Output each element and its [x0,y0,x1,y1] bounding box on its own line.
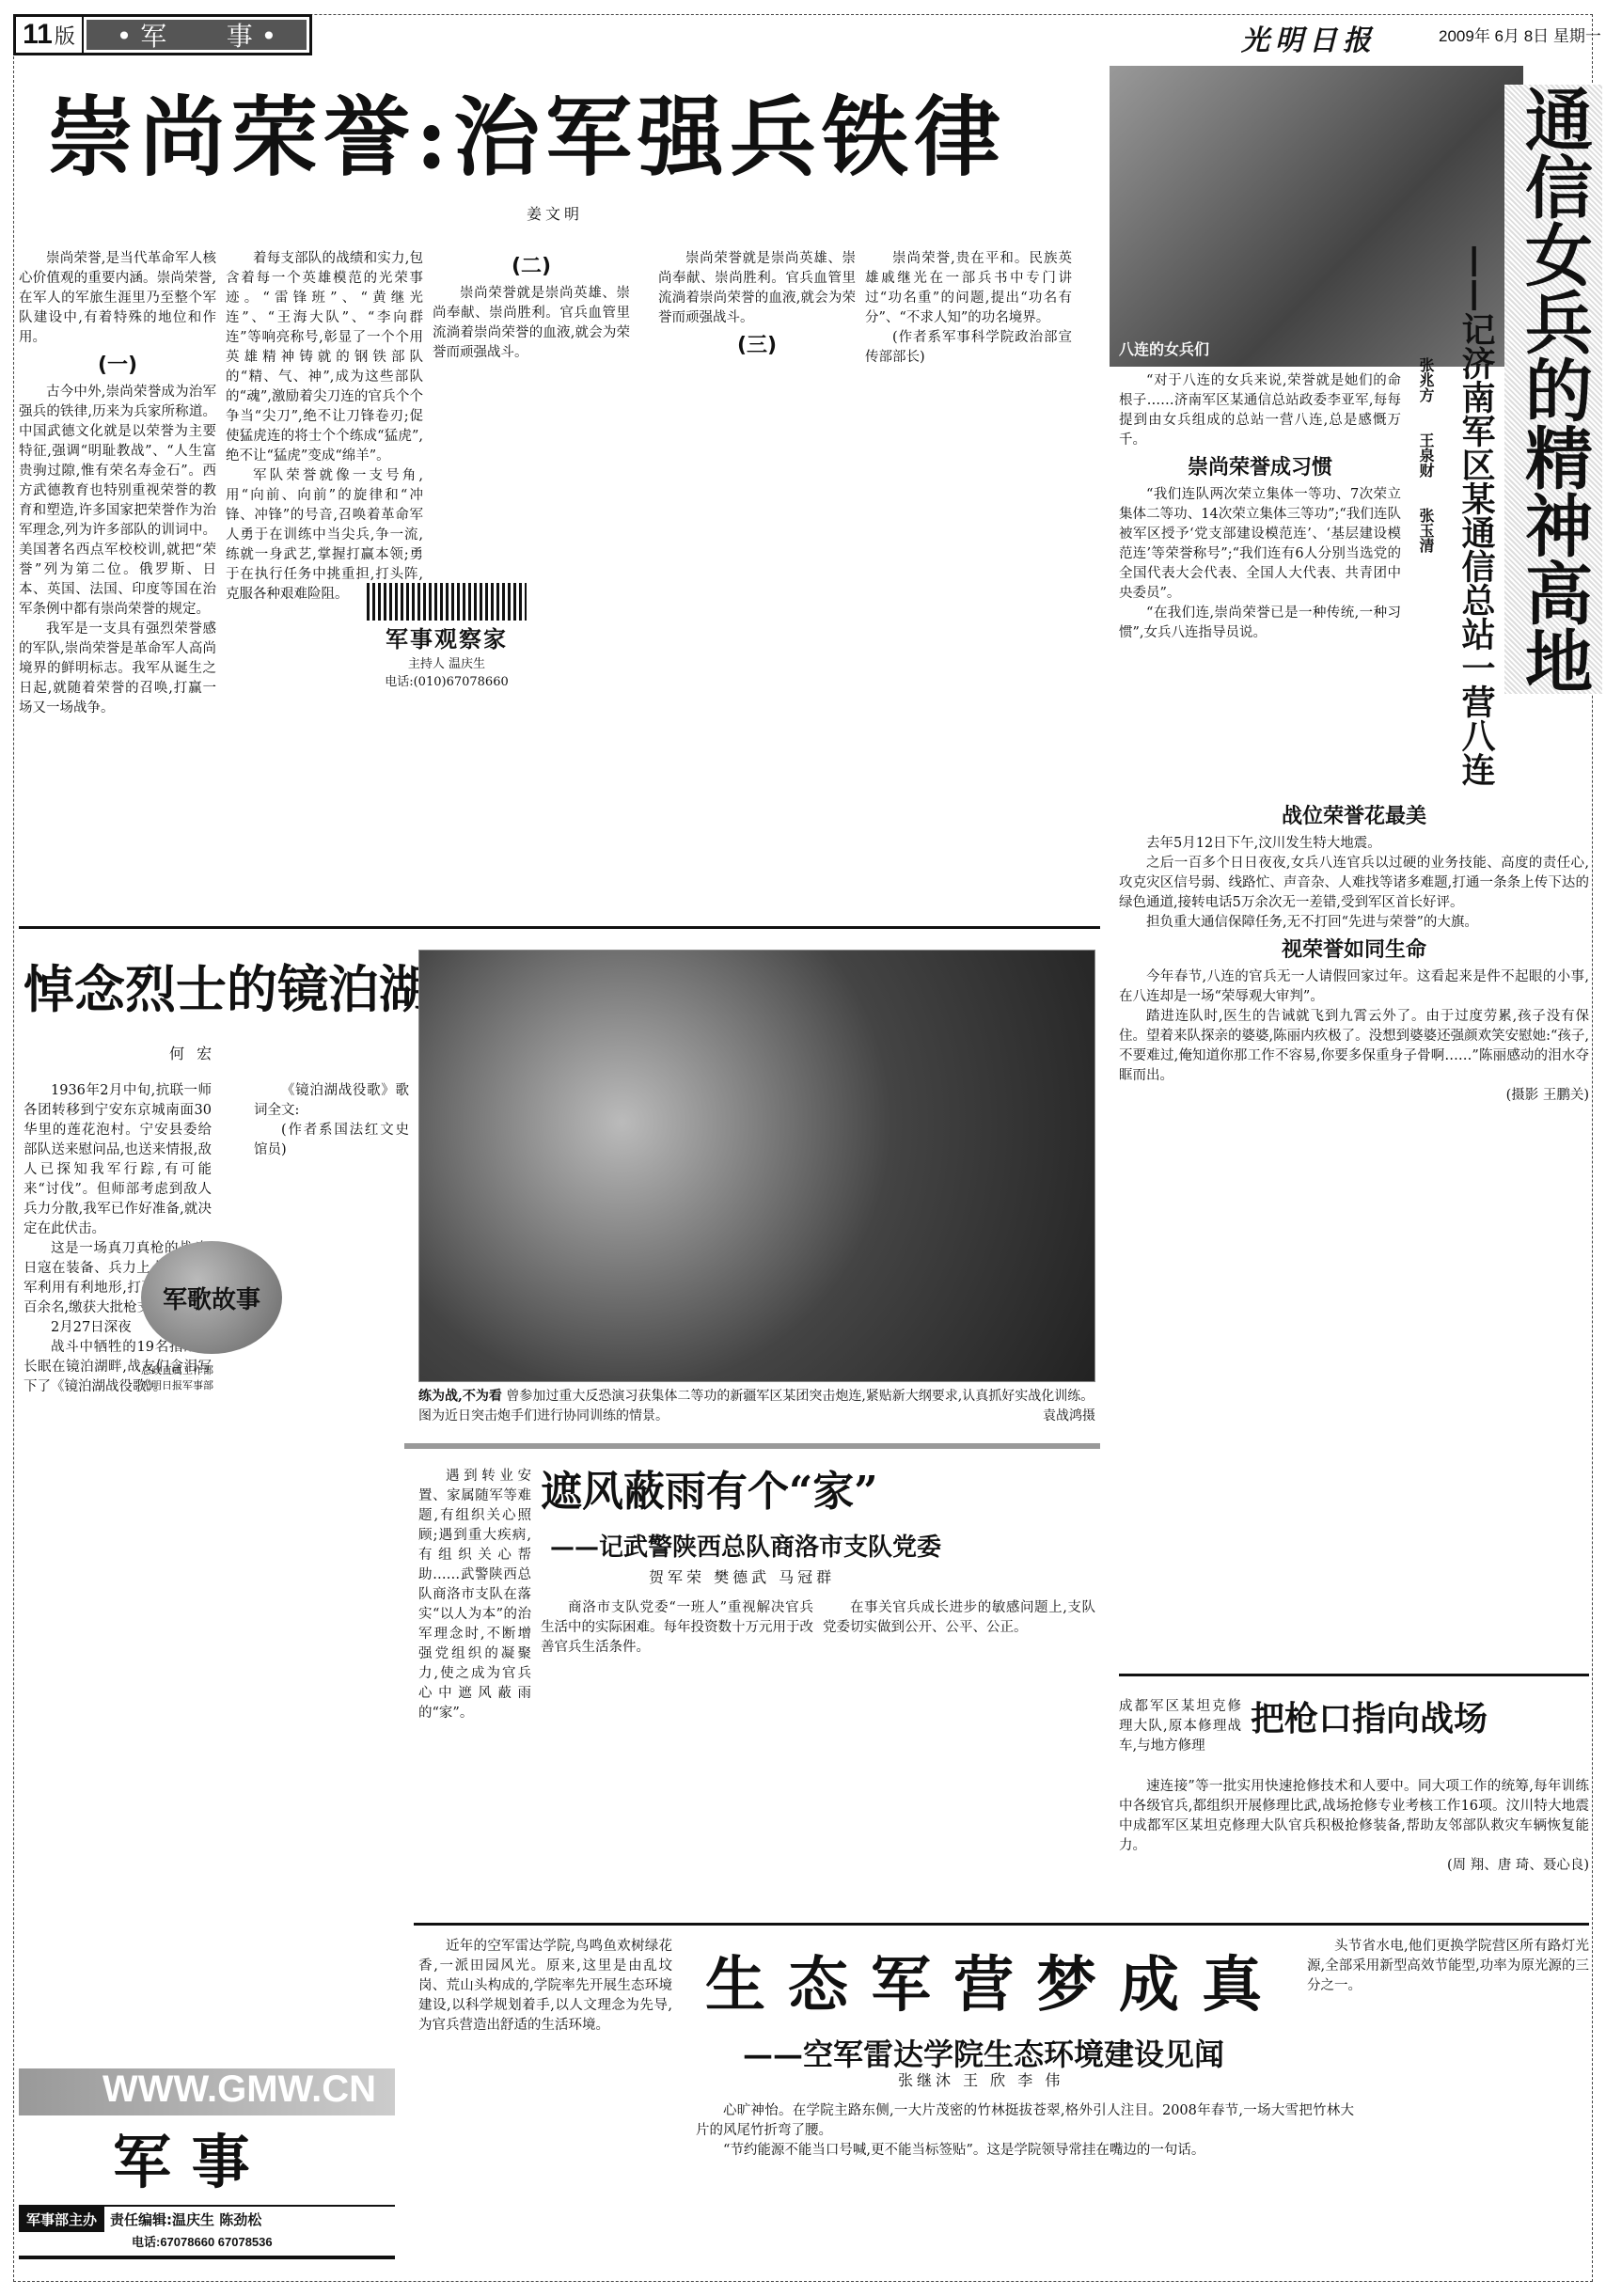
photo-label: 八连的女兵们 [1119,338,1209,359]
song-column-1: 1936年2月中旬,抗联一师各团转移到宁安东京城南面30华里的莲花泡村。宁安县委… [24,1081,212,2021]
weapon-headline: 把枪口指向战场 [1251,1702,1488,1736]
side-feature-author-1: 张兆方 [1415,357,1437,402]
shelter-headline: 遮风蔽雨有个“家” [541,1471,878,1513]
footer-section-title: 军 事 [19,2115,395,2205]
shelter-column-1: 遇到转业安置、家属随军等难题,有组织关心照顾;遇到重大疾病,有组织关心帮助……武… [418,1467,531,1909]
divider-horizontal-3 [414,1923,1589,1926]
lead-column-2: 着每支部队的战绩和实力,包含着每一个英雄模范的光荣事迹。“雷锋班”、“黄继光连”… [226,249,423,907]
section-band: • 军 事 • [87,20,307,50]
side-feature-headline: 通信女兵的精神高地 [1504,85,1602,694]
shelter-authors: 贺军荣 樊德武 马冠群 [649,1565,835,1587]
divider-horizontal-1 [19,926,1100,929]
shelter-subhead: ——记武警陕西总队商洛市支队党委 [550,1528,941,1563]
weapon-lead: 成都军区某坦克修理大队,原本修理战车,与地方修理 [1119,1697,1241,1772]
side-feature-author-3: 张玉清 [1415,508,1437,553]
side-feature-subhead: ——记济南军区某通信总站一营八连 [1453,244,1501,786]
lead-column-1: 崇尚荣誉,是当代革命军人核心价值观的重要内涵。崇尚荣誉,在军人的军旅生涯里乃至整… [19,249,216,907]
lead-column-5: 崇尚荣誉,贵在平和。民族英雄戚继光在一部兵书中专门讲过“功名重”的问题,提出“功… [865,249,1072,907]
lead-column-3: (二) 崇尚荣誉就是崇尚英雄、崇尚奉献、崇尚胜利。官兵血管里流淌着崇尚荣誉的血液… [433,249,630,907]
paper-logo: 光明日报 [1241,17,1377,58]
eco-headline: 生态军营梦成真 [705,1956,1284,2016]
lead-headline: 崇尚荣誉:治军强兵铁律 [47,94,1081,181]
edition-masthead: 11版 • 军 事 • [13,14,312,55]
eco-column-3: 头节省水电,他们更换学院营区所有路灯光源,全部采用新型高效节能型,功率为原光源的… [1307,1937,1589,2280]
song-byline: 何 宏 [169,1042,215,1063]
training-photo-caption: 练为战,不为看 曾参加过重大反恐演习获集体二等功的新疆军区某团突击炮连,紧贴新大… [418,1387,1095,1426]
shelter-column-3: 在事关官兵成长进步的敏感问题上,支队党委切实做到公开、公平、公正。 [823,1598,1095,1909]
side-feature-column-top: “对于八连的女兵来说,荣誉就是她们的命根子……济南军区某通信总站政委李亚军,每每… [1119,371,1401,794]
footer-editors: 责任编辑:温庆生 陈劲松 [104,2210,261,2229]
section-footer: WWW.GMW.CN 军 事 军事部主办 责任编辑:温庆生 陈劲松 电话:670… [19,2068,395,2275]
lead-byline: 姜文明 [527,202,583,224]
footer-phone: 电话:67078660 67078536 [19,2232,395,2250]
training-photo [418,950,1095,1382]
eco-authors: 张继沐 王 欣 李 伟 [898,2068,1063,2090]
song-column-2: 《镜泊湖战役歌》歌词全文: (作者系国法红文史馆员) [254,1081,409,2021]
eco-column-2: 心旷神怡。在学院主路东侧,一大片茂密的竹林挺拔苍翠,格外引人注目。2008年春节… [696,2101,1354,2280]
issue-date: 2009年 6月 8日 星期一 [1439,23,1601,46]
divider-horizontal-2 [1119,1674,1589,1676]
edition-number: 11版 [16,17,84,53]
eco-column-1: 近年的空军雷达学院,鸟鸣鱼欢树绿花香,一派田园风光。原来,这里是由乱坟岗、荒山头… [418,1937,672,2280]
lead-column-4: 崇尚荣誉就是崇尚英雄、崇尚奉献、崇尚胜利。官兵血管里流淌着崇尚荣誉的血液,就会为… [658,249,856,907]
side-feature-author-2: 王泉财 [1415,432,1437,478]
shelter-column-2: 商洛市支队党委“一班人”重视解决官兵生活中的实际困难。每年投资数十万元用于改善官… [541,1598,813,1909]
weapon-column: 速连接”等一批实用快速抢修技术和人要中。同大项工作的统筹,每年训练中各级官兵,都… [1119,1777,1589,1909]
side-feature-column-body: 战位荣誉花最美 去年5月12日下午,汶川发生特大地震。 之后一百多个日日夜夜,女… [1119,799,1589,1645]
footer-dept: 军事部主办 [19,2207,104,2232]
website-banner: WWW.GMW.CN [19,2068,395,2115]
divider-grey [404,1443,1100,1449]
badge-sponsors: 总政直属工作部 光明日报军事部 [141,1363,213,1393]
